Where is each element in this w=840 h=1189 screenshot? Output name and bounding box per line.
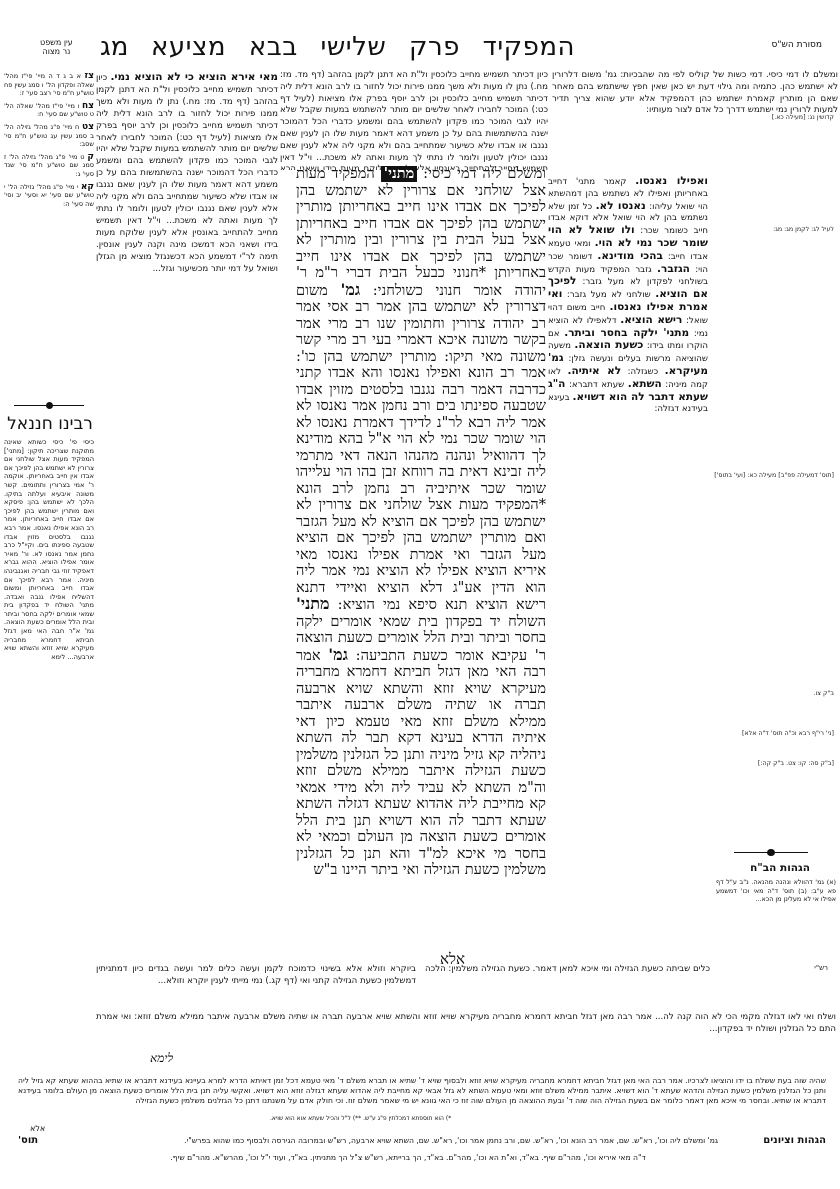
rabbeinu-chananel-title: רבינו חננאל (4, 414, 96, 434)
ein-mishpat-entry: צח ו מיי' פי"ז מהל' שאלה הל' ט טוש"ע שם … (4, 102, 94, 119)
tosafot-column: מאי אירא הוציא כי לא הוציא נמי. כיון דכי… (96, 72, 278, 1032)
tosafot-dibbur-hamatchil: מאי אירא הוציא כי לא הוציא נמי. (110, 72, 278, 83)
ein-mishpat-entry: קא י מיי' פ"ג מהל' גזילה הל' י טוש"ע שם … (4, 183, 94, 209)
ein-mishpat-label: עין משפט נר מצוה (40, 38, 73, 56)
ein-mishpat-entry: ק ט מיי' פ"ג מהל' גזילה הל' ז סמג שם טוש… (4, 153, 94, 179)
catchword-lemata: לימא (150, 1051, 173, 1066)
footnote: *) הוא תוספתא דמכלתין פ"ג ע"ש. **) ל"ל ו… (270, 1115, 451, 1122)
daf-number: מג (100, 32, 128, 62)
hagahot-vetziyunim: הגהות וציונים גמ' ומשלם ליה וכו', רא"ש. … (18, 1135, 826, 1171)
masoret-hashas-note: ב"ק צו. (714, 690, 834, 698)
gemara-marker-2: גמ' (328, 645, 348, 664)
rashi-column: ואפילו נאנסו. קאמר מתני' דחייב באחריותן … (548, 176, 708, 996)
masoret-hashas-note: [תוס' דמעילה פפ"ב] מעילה כא: [ועי' בתוס'… (714, 472, 834, 480)
ornament-divider (734, 849, 808, 857)
footer-commentary: שהיה שוה בעת ששלח בו ידו והוציאו לצרכיו.… (18, 1076, 826, 1134)
hagahot-tosafot-label: תוס' (18, 1135, 38, 1146)
mishnah-marker-2: מתני' (296, 594, 330, 613)
ornament-divider (14, 402, 84, 410)
ein-mishpat-entry: צז א ב ג ד ה מיי' פי"ז מהל' שאלה ופקדון … (4, 72, 94, 98)
ein-mishpat-entry: צט ח מיי' פ"ג מהל' גזילה הל' ב סמג עשין … (4, 123, 94, 149)
page-header: מסורת הש"ס המפקיד פרק שלישי בבא מציעא מג… (0, 32, 840, 62)
ein-mishpat-column: צז א ב ג ד ה מיי' פי"ז מהל' שאלה ופקדון … (4, 72, 94, 302)
page-title: המפקיד פרק שלישי בבא מציעא (151, 32, 575, 62)
masoret-hashas-note: [ב"ק סה: קו: צט. ב"ק קה:] (714, 760, 834, 768)
hagahot-habach-title: הגהות הב"ח (730, 862, 830, 874)
rashi-label: רש"י (814, 964, 828, 972)
gemara-marker: גמ' (340, 280, 360, 299)
hagahot-line-1: גמ' ומשלם ליה וכו', רא"ש. שם, אמר רב הונ… (98, 1136, 718, 1145)
lower-full-width-text: ושלח ואי לאו דגזלה מקמי הכי לא הוה קנה ל… (96, 1012, 836, 1046)
masoret-hashas-note: [ני' רי"ף רבא וכ"ה תוס' ד"ה אלא] (714, 730, 834, 738)
hagahot-label: הגהות וציונים (763, 1135, 826, 1146)
gemara-main-text: ומשלם ליה דמי כיסי: מתני' המפקיד מעות אצ… (296, 166, 546, 886)
tosafot-text: כיון דכיתר תשמיש מחייב כלוכסין ול"ת הא ד… (96, 73, 278, 274)
masoret-hashas-note: קדושין נג: [מעילה כא.] (714, 114, 834, 122)
hagahot-line-2: ד"ה מאי איריא וכו', מהר"ם שיף. בא"ד, וא"… (98, 1153, 718, 1162)
mishnah-marker: מתני' (381, 166, 418, 182)
rabbeinu-chananel-text: כיסי פי' כיסי כשותא שאינה מתוקנת שצריכה … (4, 438, 94, 1078)
tosafot-top-lines: כיון דכיתר תשמיש מחייב כלוכסין ול"ת הא ד… (280, 70, 548, 170)
masoret-hashas-label: מסורת הש"ס (772, 40, 823, 50)
masoret-hashas-note: לעיל לג: לקמן מג: מג: (714, 226, 834, 234)
footer-catchword: אלא (30, 1124, 45, 1133)
hagahot-habach-text: (א) גמ' דהוולא ונהנה מהנאה. נ"ב ע"ל דף פ… (716, 878, 836, 948)
